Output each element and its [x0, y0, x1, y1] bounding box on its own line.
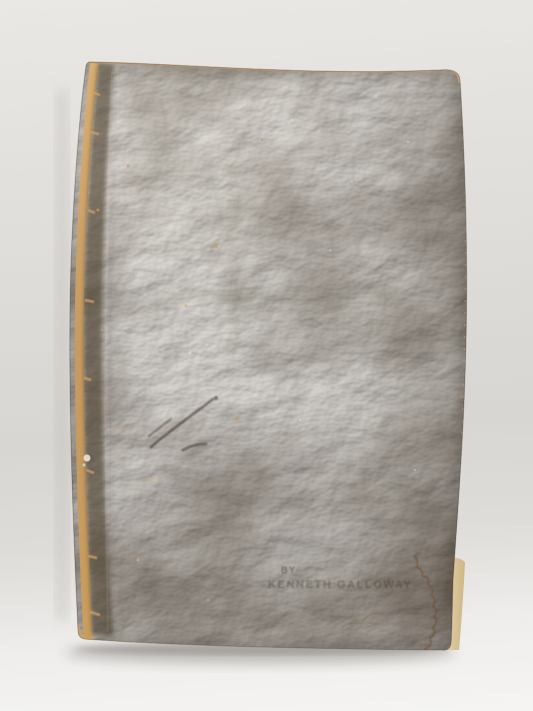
- byline-author-name: KENNETH GALLOWAY: [268, 579, 412, 591]
- book-photo: BY KENNETH GALLOWAY: [0, 0, 533, 711]
- spine-side-shadow: [57, 90, 67, 620]
- cover-surface-details: BY KENNETH GALLOWAY: [20, 30, 525, 695]
- byline-label: BY: [281, 565, 297, 575]
- studio-photo-background: BY KENNETH GALLOWAY: [0, 0, 533, 711]
